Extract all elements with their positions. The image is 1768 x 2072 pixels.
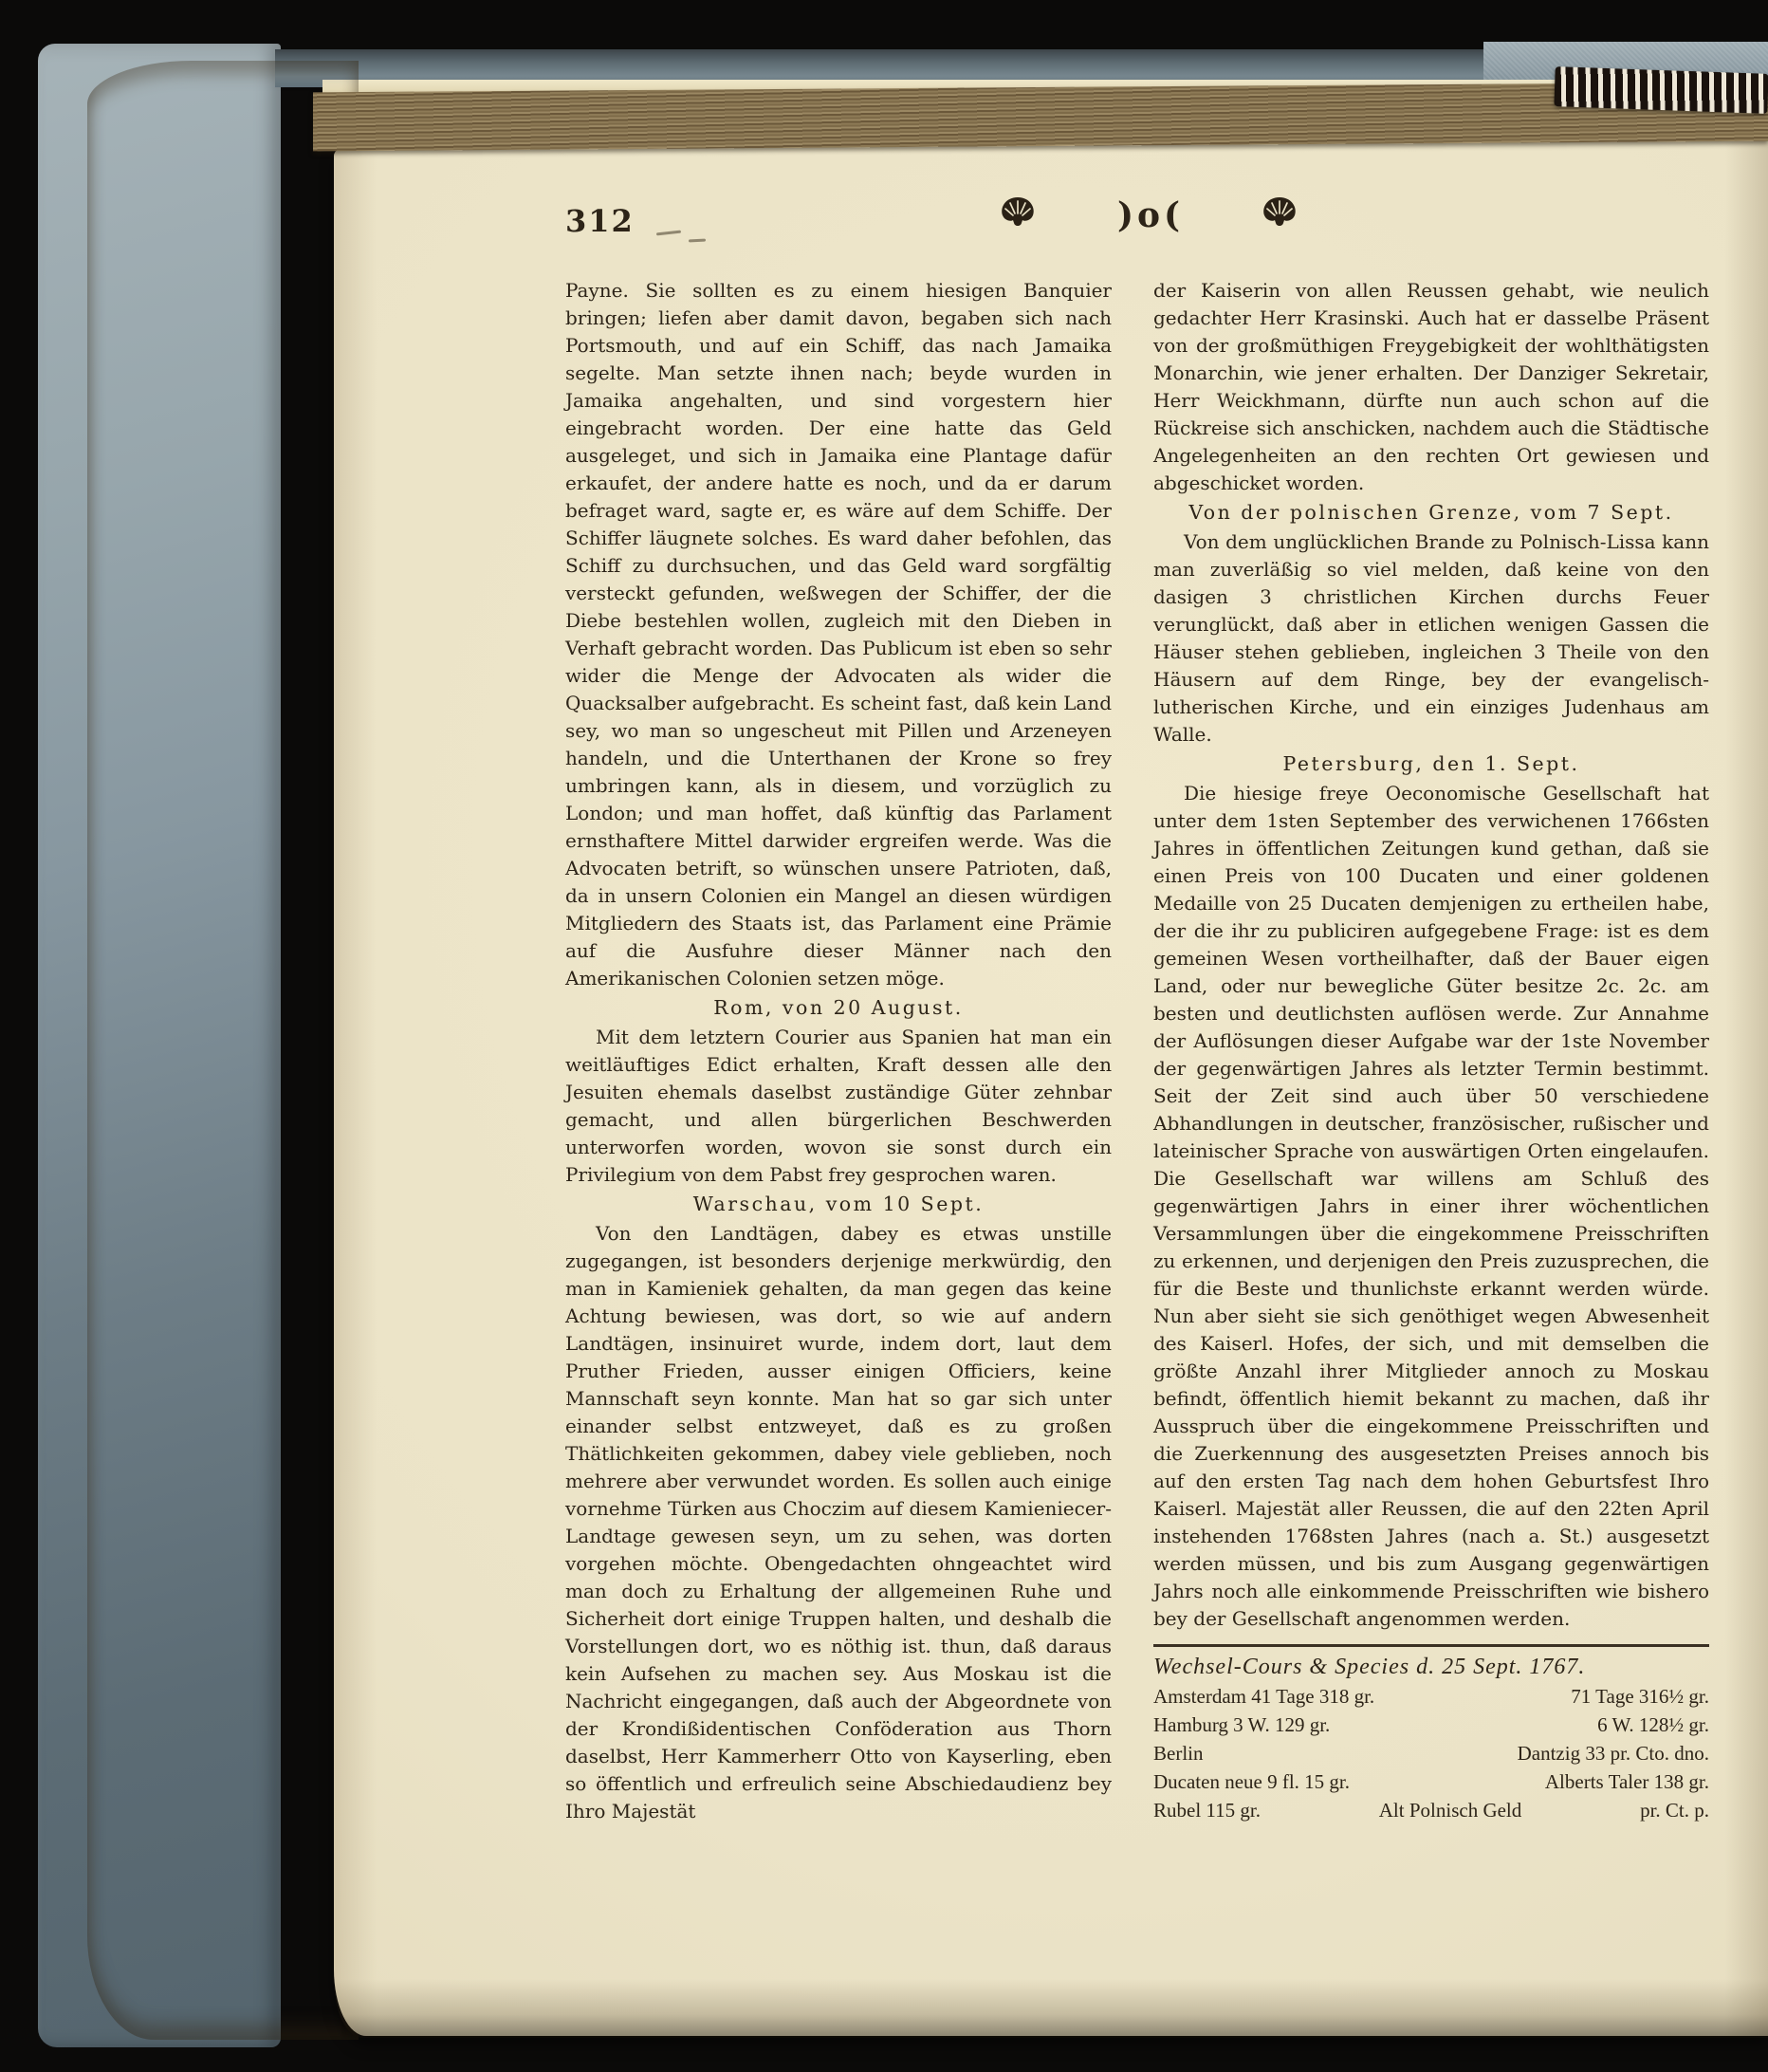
table-row: Ducaten neue 9 fl. 15 gr. Alberts Taler … bbox=[1153, 1767, 1709, 1796]
table-cell: Ducaten neue 9 fl. 15 gr. bbox=[1153, 1767, 1350, 1796]
page-stack-fore-edge bbox=[87, 61, 359, 2040]
section-heading-petersburg: Petersburg, den 1. Sept. bbox=[1153, 749, 1709, 779]
table-row: Hamburg 3 W. 129 gr. 6 W. 128½ gr. bbox=[1153, 1711, 1709, 1739]
table-row: Amsterdam 41 Tage 318 gr. 71 Tage 316½ g… bbox=[1153, 1682, 1709, 1711]
right-column: der Kaiserin von allen Reussen gehabt, w… bbox=[1153, 277, 1709, 1824]
table-row: Rubel 115 gr. Alt Polnisch Geld pr. Ct. … bbox=[1153, 1796, 1709, 1824]
shell-ornament-icon bbox=[1260, 195, 1299, 230]
paragraph: Von den Landtägen, dabey es etwas unstil… bbox=[565, 1220, 1112, 1825]
book-scan: { "page": { "page_number": "312", "separ… bbox=[0, 0, 1768, 2072]
page-number: 312 bbox=[565, 203, 635, 239]
table-cell: Amsterdam 41 Tage 318 gr. bbox=[1153, 1682, 1374, 1711]
paragraph: Mit dem letztern Courier aus Spanien hat… bbox=[565, 1024, 1112, 1189]
left-column: Payne. Sie sollten es zu einem hiesigen … bbox=[565, 277, 1112, 1825]
table-cell: Alberts Taler 138 gr. bbox=[1545, 1767, 1709, 1796]
page-stack-top-edge bbox=[313, 83, 1768, 152]
paragraph: der Kaiserin von allen Reussen gehabt, w… bbox=[1153, 277, 1709, 497]
section-heading-rom: Rom, von 20 August. bbox=[565, 993, 1112, 1023]
endband bbox=[1554, 66, 1768, 114]
table-cell: Rubel 115 gr. bbox=[1153, 1796, 1261, 1824]
table-cell: Dantzig 33 pr. Cto. dno. bbox=[1518, 1739, 1709, 1767]
exchange-rate-table: Wechsel-Cours & Species d. 25 Sept. 1767… bbox=[1153, 1644, 1709, 1824]
header-separator-mark: )o( bbox=[1117, 195, 1184, 235]
table-cell: Alt Polnisch Geld bbox=[1379, 1796, 1522, 1824]
section-heading-polnische-grenze: Von der polnischen Grenze, vom 7 Sept. bbox=[1153, 498, 1709, 527]
shell-ornament-icon bbox=[998, 195, 1038, 230]
table-cell: 71 Tage 316½ gr. bbox=[1571, 1682, 1709, 1711]
section-heading-warschau: Warschau, vom 10 Sept. bbox=[565, 1190, 1112, 1219]
table-row: Berlin Dantzig 33 pr. Cto. dno. bbox=[1153, 1739, 1709, 1767]
paragraph: Payne. Sie sollten es zu einem hiesigen … bbox=[565, 277, 1112, 992]
table-cell: pr. Ct. p. bbox=[1640, 1796, 1709, 1824]
table-cell: 6 W. 128½ gr. bbox=[1597, 1711, 1709, 1739]
paragraph: Von dem unglücklichen Brande zu Polnisch… bbox=[1153, 528, 1709, 749]
paragraph: Die hiesige freye Oeconomische Gesellsch… bbox=[1153, 780, 1709, 1633]
table-cell: Berlin bbox=[1153, 1739, 1204, 1767]
table-cell: Hamburg 3 W. 129 gr. bbox=[1153, 1711, 1330, 1739]
exchange-table-title: Wechsel-Cours & Species d. 25 Sept. 1767… bbox=[1153, 1652, 1709, 1682]
